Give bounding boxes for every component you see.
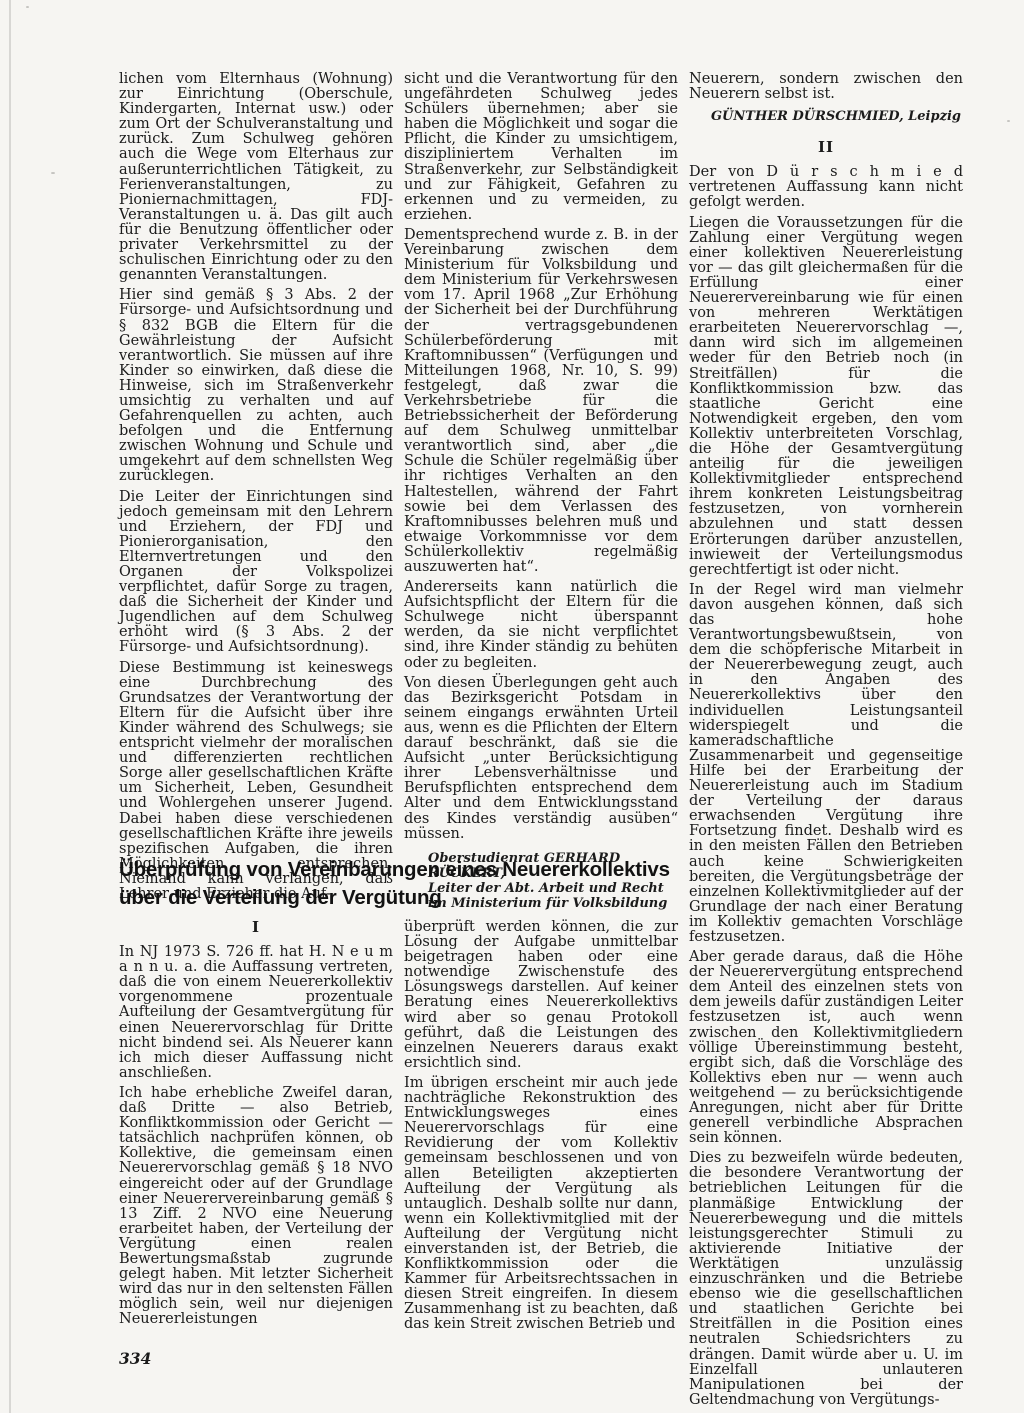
paragraph: Im übrigen erscheint mir auch jede nacht… [404,1076,678,1333]
scan-speck [1007,120,1010,122]
title-line-2: über die Verteilung der Vergütung [119,884,694,912]
paragraph: In NJ 1973 S. 726 ff. hat H. N e u m a n… [119,945,393,1081]
section-numeral-1: I [119,920,393,935]
article2-right-column: Neuerern, sondern zwischen den Neuerern … [689,72,963,1357]
byline: GÜNTHER DÜRSCHMIED, Leipzig [689,109,961,124]
paragraph: Liegen die Voraussetzungen für die Zahlu… [689,216,963,578]
paragraph: Aber gerade daraus, daß die Höhe der Neu… [689,950,963,1146]
scan-edge-line [9,0,11,1413]
article2-title: Überprüfung von Vereinbarungen eines Neu… [119,856,694,911]
paragraph: Neuerern, sondern zwischen den Neuerern … [689,72,963,102]
scan-speck [26,6,29,8]
article1-column-2: sicht und die Verantwortung für den unge… [404,72,678,911]
paragraph: Dementsprechend wurde z. B. in der Verei… [404,228,678,575]
scan-speck [51,172,55,174]
article2-left-column: I In NJ 1973 S. 726 ff. hat H. N e u m a… [119,920,393,1327]
paragraph: Der von D ü r s c h m i e d vertretenen … [689,165,963,210]
section-numeral-2: II [689,140,963,155]
paragraph: lichen vom Elternhaus (Wohnung) zur Einr… [119,72,393,283]
page-number: 334 [119,1349,151,1368]
paragraph: überprüft werden können, die zur Lösung … [404,920,678,1071]
paragraph: Ich habe erhebliche Zweifel daran, daß D… [119,1086,393,1328]
article2-middle-column: überprüft werden können, die zur Lösung … [404,920,678,1333]
paragraph: sicht und die Verantwortung für den unge… [404,72,678,223]
paragraph: Von diesen Überlegungen geht auch das Be… [404,676,678,842]
paragraph: Hier sind gemäß § 3 Abs. 2 der Fürsorge-… [119,288,393,484]
paragraph: Andererseits kann natürlich die Aufsicht… [404,580,678,671]
paragraph: Dies zu bezweifeln würde bedeuten, die b… [689,1151,963,1408]
title-line-1: Überprüfung von Vereinbarungen eines Neu… [119,856,694,884]
paragraph: Die Leiter der Einrichtungen sind jedoch… [119,490,393,656]
paragraph: In der Regel wird man vielmehr davon aus… [689,583,963,945]
article1-column-1: lichen vom Elternhaus (Wohnung) zur Einr… [119,72,393,902]
journal-page: lichen vom Elternhaus (Wohnung) zur Einr… [0,0,1024,1413]
